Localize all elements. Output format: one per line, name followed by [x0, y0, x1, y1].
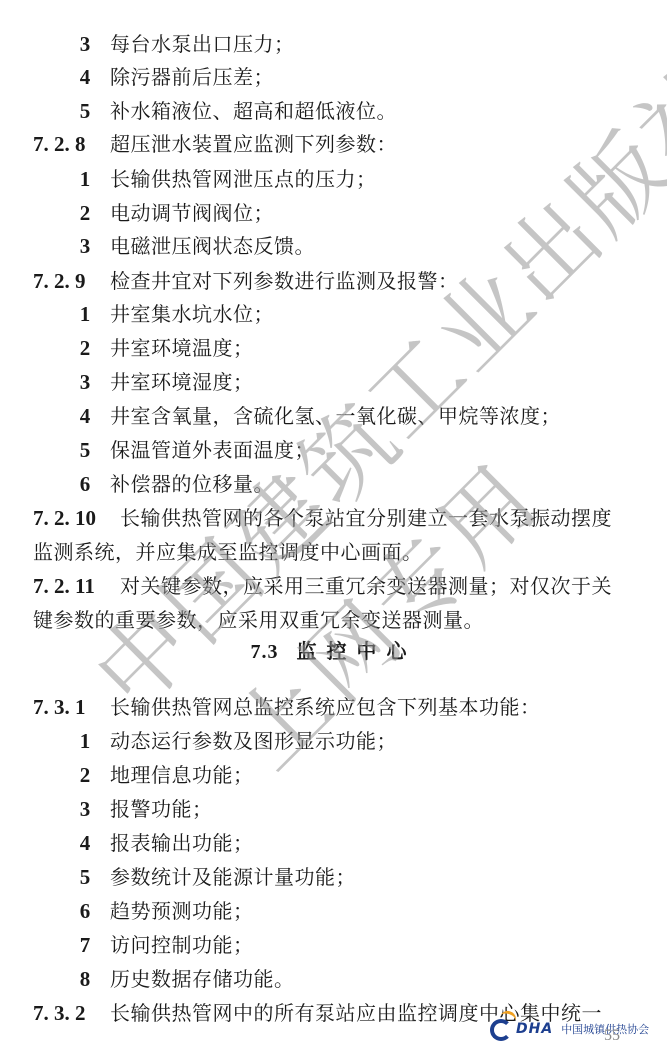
page-number: 55 [604, 1027, 620, 1045]
line-text: 补偿器的位移量。 [110, 467, 274, 501]
line-text: 保温管道外表面温度； [110, 433, 315, 467]
line-text: 井室环境湿度； [110, 365, 254, 399]
item-number: 3 [75, 229, 95, 263]
item-number: 3 [75, 792, 95, 826]
item-number: 8 [75, 962, 95, 996]
item-number: 2 [75, 758, 95, 792]
item-number: 5 [75, 860, 95, 894]
item-number: 1 [75, 162, 95, 196]
item-number: 2 [75, 196, 95, 230]
item-number: 3 [75, 365, 95, 399]
section-number: 7.3 [251, 641, 279, 663]
line-text: 井室集水坑水位； [110, 297, 274, 331]
item-number: 1 [75, 724, 95, 758]
line-text: 参数统计及能源计量功能； [110, 860, 356, 894]
clause-number: 7. 2. 8 [33, 127, 86, 161]
item-number: 7 [75, 928, 95, 962]
section-title: 监控中心 [297, 639, 417, 663]
line-text: 井室含氧量，含硫化氢、一氧化碳、甲烷等浓度； [110, 399, 561, 433]
line-text: 历史数据存储功能。 [110, 962, 295, 996]
cdha-logo-icon [490, 1017, 518, 1041]
line-text: 长输供热管网的各个泵站宜分别建立一套水泵振动摆度 [120, 501, 612, 535]
line-text: 报表输出功能； [110, 826, 254, 860]
line-text: 每台水泵出口压力； [110, 27, 295, 61]
item-number: 4 [75, 399, 95, 433]
line-text: 对关键参数，应采用三重冗余变送器测量；对仅次于关 [120, 569, 612, 603]
item-number: 6 [75, 467, 95, 501]
item-number: 4 [75, 826, 95, 860]
clause-number: 7. 2. 11 [33, 569, 95, 603]
line-text: 地理信息功能； [110, 758, 254, 792]
line-text: 除污器前后压差； [110, 60, 274, 94]
line-text: 访问控制功能； [110, 928, 254, 962]
line-text: 电磁泄压阀状态反馈。 [110, 229, 315, 263]
line-text: 报警功能； [110, 792, 213, 826]
line-text: 监测系统，并应集成至监控调度中心画面。 [33, 535, 423, 569]
item-number: 6 [75, 894, 95, 928]
line-text: 长输供热管网总监控系统应包含下列基本功能： [110, 690, 541, 724]
clause-number: 7. 2. 10 [33, 501, 96, 535]
clause-number: 7. 2. 9 [33, 264, 86, 298]
item-number: 5 [75, 94, 95, 128]
item-number: 2 [75, 331, 95, 365]
logo-letters: DHA [516, 1021, 553, 1037]
line-text: 长输供热管网泄压点的压力； [110, 162, 377, 196]
section-heading: 7.3监控中心 [0, 635, 667, 664]
line-text: 键参数的重要参数，应采用双重冗余变送器测量。 [33, 603, 484, 637]
item-number: 4 [75, 60, 95, 94]
line-text: 补水箱液位、超高和超低液位。 [110, 94, 397, 128]
item-number: 5 [75, 433, 95, 467]
line-text: 电动调节阀阀位； [110, 196, 274, 230]
line-text: 动态运行参数及图形显示功能； [110, 724, 397, 758]
document-page: 3每台水泵出口压力；4除污器前后压差；5补水箱液位、超高和超低液位。7. 2. … [0, 0, 667, 1058]
item-number: 1 [75, 297, 95, 331]
line-text: 趋势预测功能； [110, 894, 254, 928]
line-text: 井室环境温度； [110, 331, 254, 365]
footer-logo: DHA 中国城镇供热协会 [490, 1017, 649, 1041]
item-number: 3 [75, 27, 95, 61]
line-text: 检查井宜对下列参数进行监测及报警： [110, 264, 459, 298]
clause-number: 7. 3. 1 [33, 690, 86, 724]
clause-number: 7. 3. 2 [33, 996, 86, 1030]
line-text: 超压泄水装置应监测下列参数： [110, 127, 397, 161]
